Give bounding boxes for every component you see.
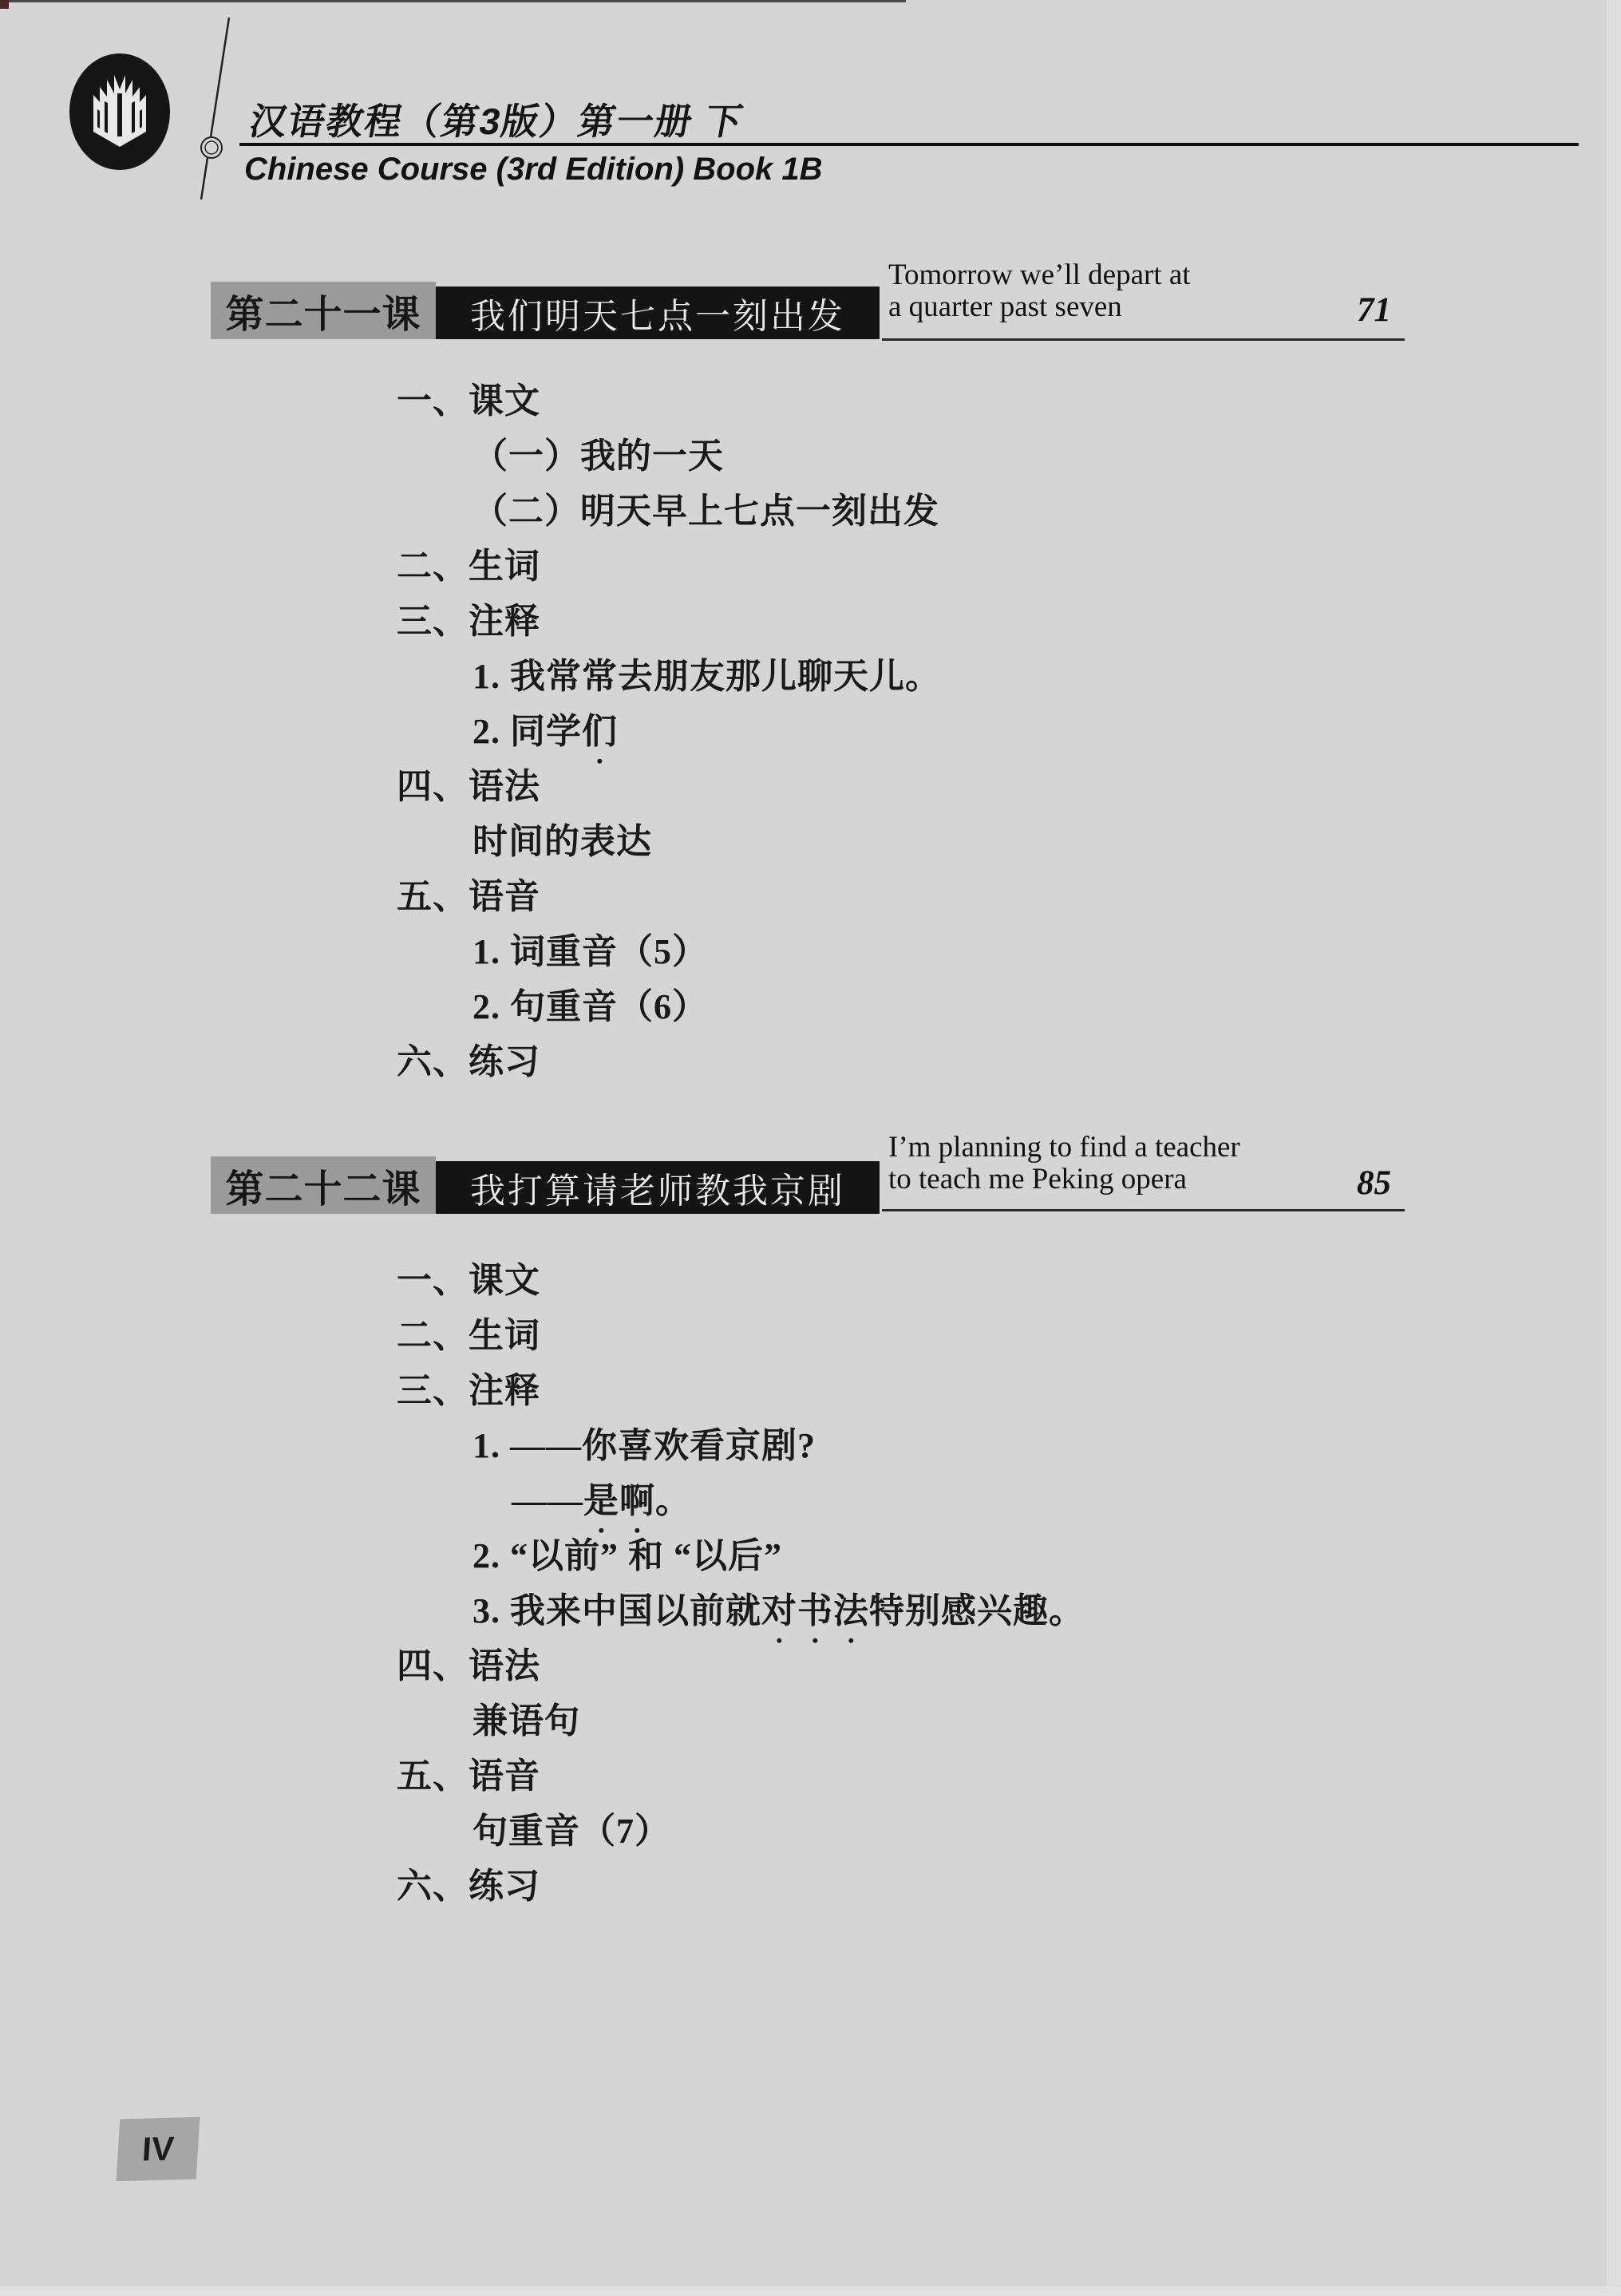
toc-item: ——是啊。 [0, 1472, 1621, 1527]
toc-item-text: 三、注释 [397, 1371, 540, 1410]
lesson-22-number-box: 第二十二课 [211, 1156, 436, 1214]
toc-item: 兼语句 [0, 1692, 1621, 1747]
toc-item: 一、课文 [0, 1251, 1621, 1306]
scan-edge-corner [0, 0, 9, 9]
toc-item-text: 特别感兴趣。 [869, 1591, 1085, 1630]
toc-item: 六、练习 [0, 1857, 1621, 1912]
toc-item: 2. 同学们 [0, 702, 1621, 757]
toc-item: 1. 词重音（5） [0, 923, 1621, 978]
toc-item-text: （二）明天早上七点一刻出发 [472, 492, 939, 531]
scan-edge-bottom [0, 2286, 1621, 2296]
toc-item-emphasized-text: 是啊 [583, 1481, 655, 1520]
toc-item-text: 四、语法 [397, 1646, 540, 1685]
toc-item-text: 1. 词重音（5） [472, 932, 708, 971]
toc-item: 五、语音 [0, 1747, 1621, 1802]
toc-item-text: 2. 句重音（6） [472, 987, 708, 1026]
toc-item: （二）明天早上七点一刻出发 [0, 482, 1621, 537]
lesson-22-page-number: 85 [1357, 1164, 1391, 1203]
toc-item: 2. “以前” 和 “以后” [0, 1527, 1621, 1582]
toc-item: 1. 我常常去朋友那儿聊天儿。 [0, 647, 1621, 702]
toc-item-text: 五、语音 [397, 877, 540, 916]
lesson-21-toc-list: 一、课文（一）我的一天（二）明天早上七点一刻出发二、生词三、注释1. 我常常去朋… [0, 372, 1621, 1088]
lesson-22-toc-list: 一、课文二、生词三、注释1. ——你喜欢看京剧?——是啊。2. “以前” 和 “… [0, 1251, 1621, 1912]
toc-item: （一）我的一天 [0, 427, 1621, 482]
toc-item-text: 1. ——你喜欢看京剧? [472, 1426, 816, 1465]
toc-item-text: 一、课文 [397, 1261, 540, 1300]
open-book-logo-icon [69, 53, 170, 170]
toc-item-text: 兼语句 [472, 1701, 580, 1741]
toc-item-text: 二、生词 [397, 547, 540, 586]
lesson-21-english-line2: a quarter past seven [888, 291, 1367, 323]
book-title-chinese: 汉语教程（第3版）第一册 下 [246, 93, 749, 145]
toc-item: 时间的表达 [0, 812, 1621, 867]
toc-item-text: 一、课文 [397, 381, 540, 421]
toc-item: 三、注释 [0, 1361, 1621, 1417]
toc-item-text: 2. 同学 [472, 712, 582, 751]
lesson-22-english-line2: to teach me Peking opera [888, 1164, 1367, 1195]
lesson-21-english-title: Tomorrow we’ll depart at a quarter past … [888, 259, 1367, 323]
toc-item-text: 时间的表达 [472, 822, 652, 861]
toc-item-text: （一）我的一天 [472, 437, 724, 476]
toc-item: 2. 句重音（6） [0, 978, 1621, 1033]
header-divider [239, 143, 1579, 146]
toc-item-emphasized-text: 对书法 [761, 1591, 869, 1630]
toc-item-text: 三、注释 [397, 602, 540, 641]
toc-item: 一、课文 [0, 372, 1621, 427]
toc-item: 五、语音 [0, 867, 1621, 923]
scan-edge-top [0, 0, 906, 2]
toc-item: 3. 我来中国以前就对书法特别感兴趣。 [0, 1582, 1621, 1637]
lesson-22-title-box: 我打算请老师教我京剧 [436, 1161, 880, 1214]
toc-item-text: 2. “以前” 和 “以后” [472, 1536, 782, 1575]
toc-item: 二、生词 [0, 537, 1621, 592]
toc-item: 二、生词 [0, 1306, 1621, 1361]
toc-item-text: 二、生词 [397, 1316, 540, 1355]
lesson-22-english-title: I’m planning to find a teacher to teach … [888, 1132, 1367, 1195]
scan-edge-right [1607, 0, 1621, 2296]
lesson-21-underline [882, 338, 1405, 341]
toc-item: 六、练习 [0, 1033, 1621, 1088]
toc-item: 三、注释 [0, 592, 1621, 647]
lesson-22-english-line1: I’m planning to find a teacher [888, 1132, 1367, 1164]
toc-item: 四、语法 [0, 1637, 1621, 1692]
toc-item-text: 。 [655, 1481, 691, 1520]
toc-item-emphasized-text: 们 [582, 712, 618, 751]
lesson-21-number-box: 第二十一课 [211, 282, 436, 339]
lesson-21-title-box: 我们明天七点一刻出发 [436, 287, 880, 339]
lesson-21-page-number: 71 [1357, 290, 1391, 330]
toc-item: 句重音（7） [0, 1802, 1621, 1857]
toc-item-text: 3. 我来中国以前就 [472, 1591, 761, 1630]
toc-item-text: 1. 我常常去朋友那儿聊天儿。 [472, 657, 941, 696]
lesson-22-underline [882, 1209, 1405, 1211]
folio-page-marker: IV [117, 2117, 200, 2182]
toc-item: 1. ——你喜欢看京剧? [0, 1417, 1621, 1472]
book-toc-page: 汉语教程（第3版）第一册 下 Chinese Course (3rd Editi… [0, 0, 1621, 2296]
decorative-diagonal-line [192, 12, 247, 207]
toc-item-text: 六、练习 [397, 1042, 540, 1081]
toc-item-text: 四、语法 [397, 767, 540, 806]
toc-item-text: 句重音（7） [472, 1812, 670, 1851]
toc-item-text: —— [512, 1481, 583, 1520]
toc-item-text: 五、语音 [397, 1757, 540, 1796]
toc-item: 四、语法 [0, 757, 1621, 812]
lesson-21-english-line1: Tomorrow we’ll depart at [888, 259, 1367, 291]
book-title-english: Chinese Course (3rd Edition) Book 1B [244, 152, 823, 188]
toc-item-text: 六、练习 [397, 1867, 540, 1906]
